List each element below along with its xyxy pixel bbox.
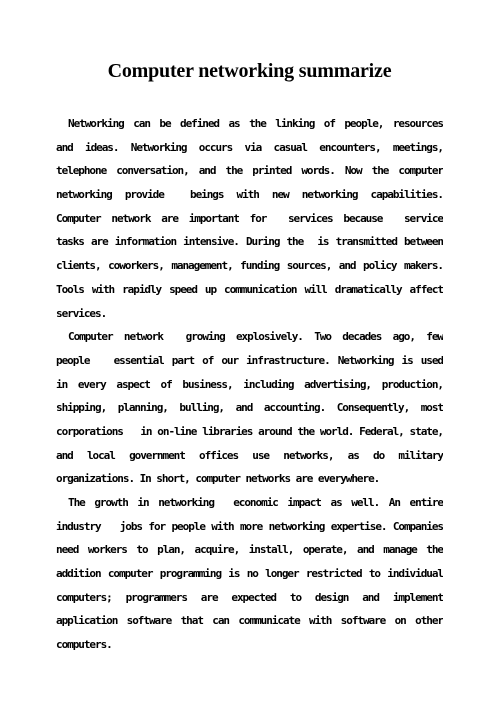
- text-line: in every aspect of business, including a…: [56, 373, 443, 397]
- paragraph-2: Computer network growing explosively. Tw…: [56, 325, 443, 491]
- text-line: telephone conversation, and the printed …: [56, 159, 443, 183]
- text-line: Computer network growing explosively. Tw…: [56, 325, 443, 349]
- document-page: Computer networking summarize Networking…: [0, 0, 499, 709]
- text-line: Networking can be defined as the linking…: [56, 112, 443, 136]
- text-line: computers; programmers are expected to d…: [56, 586, 443, 610]
- text-line: need workers to plan, acquire, install, …: [56, 538, 443, 562]
- text-line: networking provide beings with new netwo…: [56, 183, 443, 207]
- text-line: corporations in on-line libraries around…: [56, 420, 443, 444]
- document-title: Computer networking summarize: [56, 57, 443, 85]
- text-line: people essential part of our infrastruct…: [56, 349, 443, 373]
- text-line: and ideas. Networking occurs via casual …: [56, 136, 443, 160]
- text-line: shipping, planning, bulling, and account…: [56, 396, 443, 420]
- text-line: and local government offices use network…: [56, 444, 443, 468]
- text-line: tasks are information intensive. During …: [56, 230, 443, 254]
- text-line: services.: [56, 302, 443, 326]
- text-line: Tools with rapidly speed up communicatio…: [56, 278, 443, 302]
- text-line: organizations. In short, computer networ…: [56, 467, 443, 491]
- paragraph-1: Networking can be defined as the linking…: [56, 112, 443, 325]
- text-line: addition computer programming is no long…: [56, 562, 443, 586]
- document-body: Networking can be defined as the linking…: [56, 112, 443, 657]
- paragraph-3: The growth in networking economic impact…: [56, 491, 443, 657]
- text-line: computers.: [56, 633, 443, 657]
- text-line: clients, coworkers, management, funding …: [56, 254, 443, 278]
- text-line: application software that can communicat…: [56, 609, 443, 633]
- text-line: The growth in networking economic impact…: [56, 491, 443, 515]
- text-line: Computer network are important for servi…: [56, 207, 443, 231]
- text-line: industry jobs for people with more netwo…: [56, 515, 443, 539]
